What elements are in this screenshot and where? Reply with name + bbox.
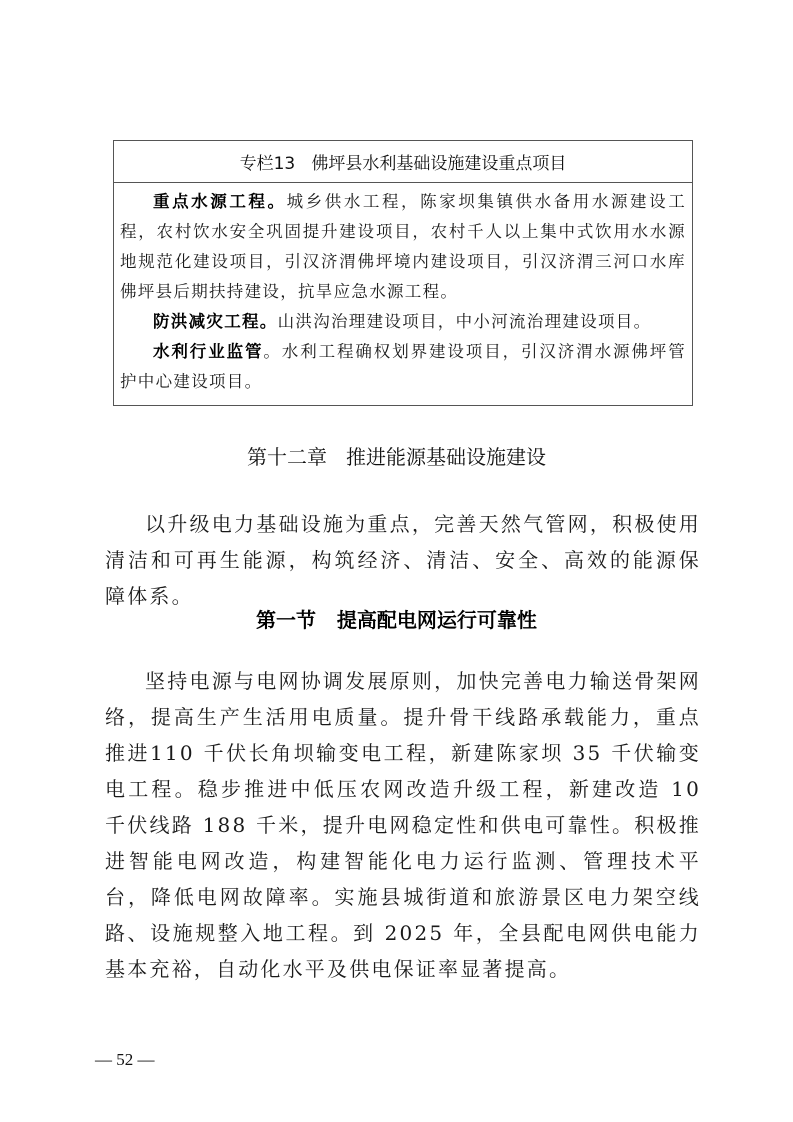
document-page: 专栏13 佛坪县水利基础设施建设重点项目 重点水源工程。城乡供水工程，陈家坝集镇…: [0, 0, 793, 1122]
sidebar-item-water-source: 重点水源工程。城乡供水工程，陈家坝集镇供水备用水源建设工程，农村饮水安全巩固提升…: [120, 187, 686, 307]
sidebar-box-body: 重点水源工程。城乡供水工程，陈家坝集镇供水备用水源建设工程，农村饮水安全巩固提升…: [114, 183, 692, 397]
section-title: 第一节 提高配电网运行可靠性: [0, 604, 793, 633]
sidebar-item-text: 山洪沟治理建设项目，中小河流治理建设项目。: [278, 312, 652, 331]
sidebar-item-heading: 重点水源工程。: [153, 192, 287, 211]
sidebar-box-water-projects: 专栏13 佛坪县水利基础设施建设重点项目 重点水源工程。城乡供水工程，陈家坝集镇…: [113, 140, 693, 406]
sidebar-item-heading: 水利行业监管: [153, 342, 263, 361]
sidebar-item-flood-control: 防洪减灾工程。山洪沟治理建设项目，中小河流治理建设项目。: [120, 307, 686, 337]
section-body-paragraph: 坚持电源与电网协调发展原则，加快完善电力输送骨架网络，提高生产生活用电质量。提升…: [105, 663, 701, 987]
sidebar-item-heading: 防洪减灾工程。: [153, 312, 278, 331]
sidebar-box-title: 专栏13 佛坪县水利基础设施建设重点项目: [114, 141, 692, 183]
sidebar-item-supervision: 水利行业监管。水利工程确权划界建设项目，引汉济渭水源佛坪管护中心建设项目。: [120, 337, 686, 397]
page-number: — 52 —: [95, 1050, 155, 1070]
chapter-title: 第十二章 推进能源基础设施建设: [0, 441, 793, 470]
chapter-intro-paragraph: 以升级电力基础设施为重点，完善天然气管网，积极使用清洁和可再生能源，构筑经济、清…: [105, 506, 701, 614]
